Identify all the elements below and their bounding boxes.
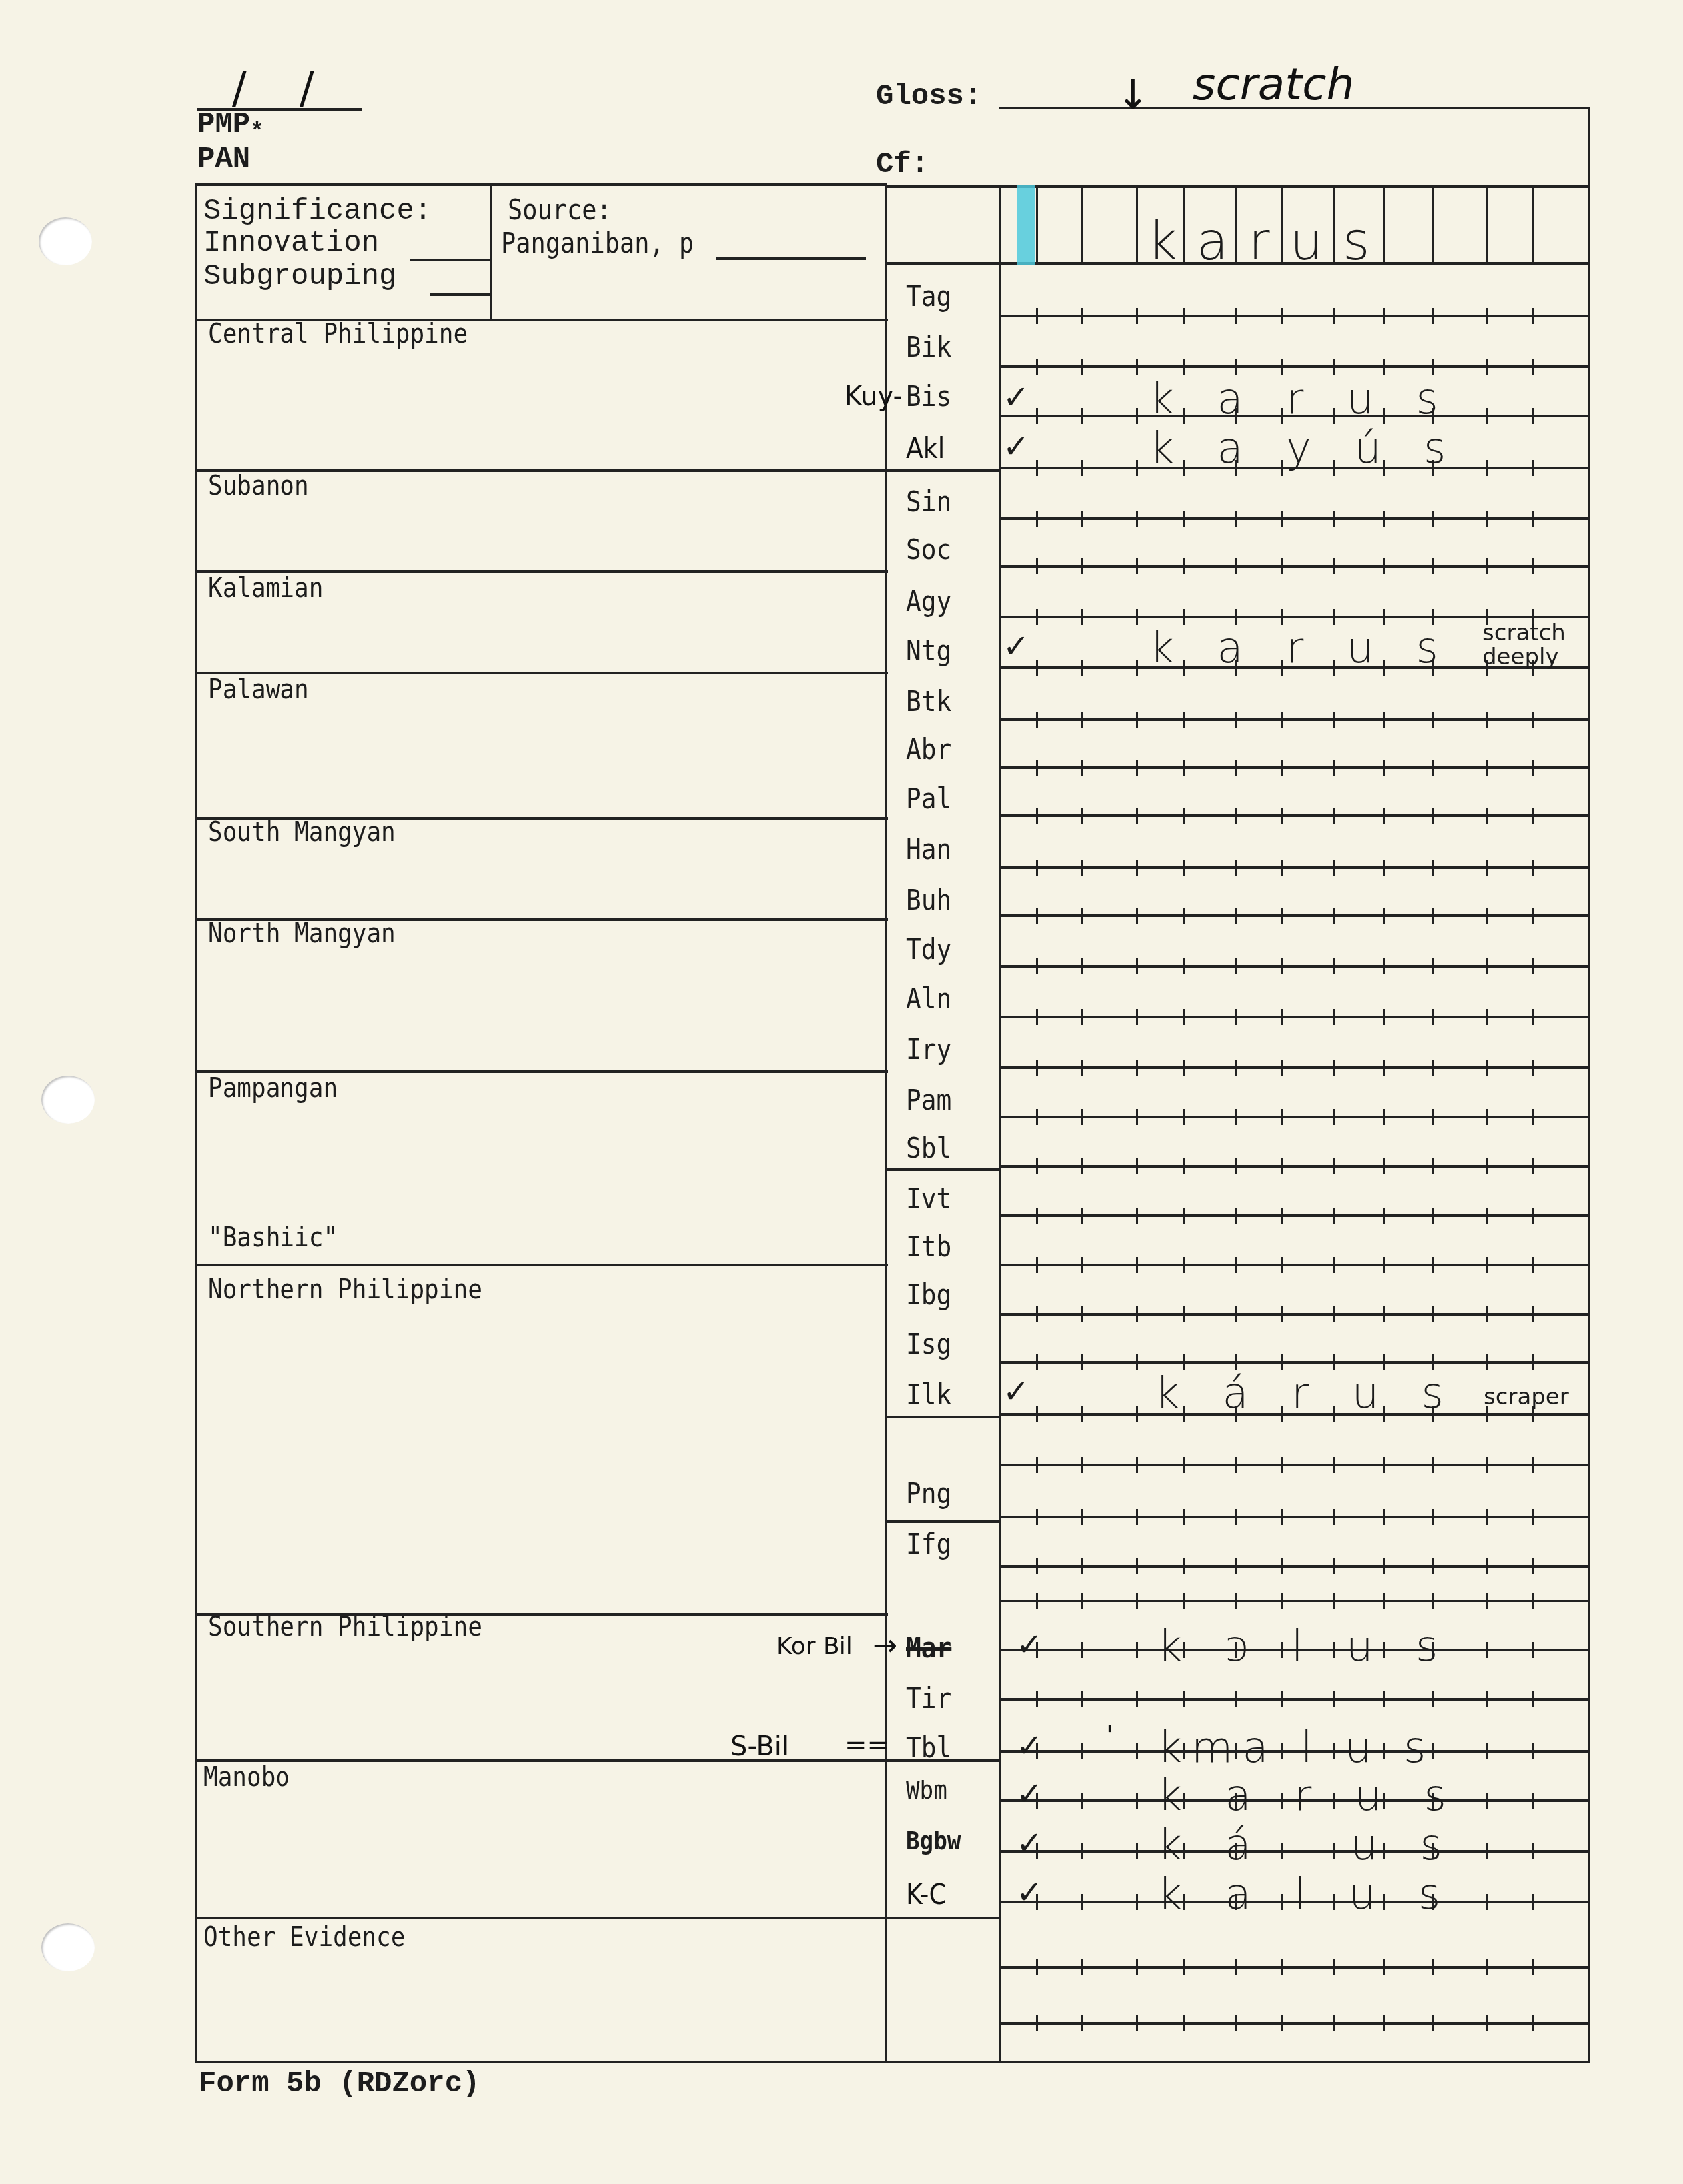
ruled-line [999, 1313, 1589, 1316]
group-subanon: Subanon [208, 471, 309, 501]
code-tbl: Tbl [906, 1731, 984, 1764]
ruled-line [999, 1116, 1589, 1118]
code-bgbw: Bgbw [906, 1826, 984, 1855]
ruled-line [999, 1464, 1589, 1466]
code-akl: Akl [906, 432, 984, 465]
code-ntg: Ntg [906, 634, 984, 667]
check-icon: ✓ [1003, 379, 1029, 416]
ruled-line [999, 616, 1589, 618]
source-label: Source: [508, 193, 612, 226]
entry-form: k a r u s [1157, 1771, 1461, 1821]
code-soc: Soc [906, 533, 984, 566]
ruled-line [999, 517, 1589, 520]
ruled-line [999, 1361, 1589, 1364]
divider-south-mangyan [195, 918, 888, 921]
asterisk: * [250, 119, 263, 145]
entry-note: scratch deeply [1482, 621, 1576, 669]
gloss-value[interactable]: scratch [1193, 59, 1354, 110]
code-sbl: Sbl [906, 1132, 984, 1164]
group-south-mangyan: South Mangyan [208, 817, 396, 848]
check-icon: ✓ [1003, 428, 1029, 465]
group-central-philippine: Central Philippine [208, 319, 468, 349]
gloss-label: Gloss: [876, 80, 981, 113]
entry-ntg[interactable]: ✓ k a r u s scratch deeply [1003, 628, 1582, 674]
group-northern-philippine: Northern Philippine [208, 1274, 482, 1305]
code-bik: Bik [906, 331, 984, 363]
reconstruction-highlight [1017, 185, 1035, 265]
code-btk: Btk [906, 685, 984, 718]
form-footer-label: Form 5b (RDZorc) [199, 2067, 480, 2101]
ruled-line [999, 1698, 1589, 1701]
entry-mar[interactable]: ✓ k ɔ l u s [1003, 1626, 1582, 1673]
entry-form: k á u s [1157, 1821, 1457, 1870]
ruled-line [999, 1066, 1589, 1069]
ruled-line [999, 315, 1589, 317]
check-icon: ✓ [1016, 1825, 1043, 1862]
code-han: Han [906, 833, 984, 866]
kor-bil-annotation: Kor Bil [776, 1633, 853, 1660]
check-icon: ✓ [1016, 1775, 1043, 1813]
code-buh: Buh [906, 884, 984, 916]
check-icon: ✓ [1016, 1727, 1043, 1765]
ruled-line [999, 866, 1589, 869]
kor-bil-arrow: → [873, 1629, 897, 1663]
code-ilk: Ilk [906, 1378, 984, 1411]
divider-palawan [195, 817, 888, 820]
code-tag: Tag [906, 280, 984, 313]
grid-top-border [885, 185, 1590, 188]
ruled-line [999, 1565, 1589, 1568]
check-icon: ✓ [1003, 1373, 1029, 1410]
divider-png [885, 1520, 1001, 1523]
entry-k-c[interactable]: ✓ k a l u s [1003, 1874, 1582, 1921]
source-page-blank[interactable] [716, 257, 866, 260]
ruled-line [999, 365, 1589, 368]
ruled-line [999, 1600, 1589, 1602]
divider-subanon [195, 570, 888, 573]
code-mar-struck: Mar [906, 1632, 984, 1664]
entry-bgbw[interactable]: ✓ k á u s [1003, 1825, 1582, 1871]
ruled-line [999, 1016, 1589, 1018]
group-palawan: Palawan [208, 674, 309, 705]
code-iry: Iry [906, 1033, 984, 1066]
subgrouping-blank[interactable] [430, 293, 490, 296]
ruled-line [999, 1214, 1589, 1217]
group-manobo: Manobo [203, 1762, 290, 1793]
gloss-arrow: ↓ [1116, 72, 1149, 119]
entry-ilk[interactable]: ✓ k á r u s scraper [1003, 1373, 1582, 1420]
table-top-border [195, 183, 885, 186]
cf-label: Cf: [876, 148, 929, 181]
ruled-line [999, 1165, 1589, 1168]
code-ifg: Ifg [906, 1528, 984, 1560]
entry-bis[interactable]: ✓ k a r u s [1003, 379, 1582, 425]
s-bil-annotation: S-Bil [730, 1731, 789, 1762]
divider-north-mangyan [195, 1070, 888, 1073]
ruled-line [999, 914, 1589, 917]
code-k-c: K-C [906, 1878, 984, 1911]
subgrouping-label: Subgrouping [203, 260, 396, 293]
divider-bashiic [195, 1264, 888, 1266]
table-bottom-border [195, 2061, 1590, 2063]
ruled-line [999, 718, 1589, 721]
divider-central [195, 469, 1001, 472]
group-southern-philippine: Southern Philippine [208, 1612, 482, 1642]
pmp-text: PMP [197, 108, 250, 141]
ruled-line [999, 1264, 1589, 1266]
code-agy: Agy [906, 585, 984, 618]
entry-form: k a y ú s [1149, 424, 1460, 473]
entry-form: k a r u s [1149, 375, 1453, 424]
significance-title: Significance: [203, 195, 432, 228]
entry-tbl[interactable]: ✓ ' kma l u s [1003, 1727, 1582, 1774]
divider-kalamian [195, 672, 888, 674]
ruled-line [999, 2022, 1589, 2025]
divider-northern [195, 1613, 888, 1616]
divider-ilk [885, 1416, 1001, 1418]
source-value: Panganiban, p [501, 227, 694, 259]
pmp-label: PMP* [197, 108, 264, 145]
left-border [195, 183, 197, 2063]
entry-form: k á r u s [1155, 1369, 1458, 1418]
punch-hole-middle [41, 1076, 95, 1124]
divider-sbl [885, 1168, 1001, 1171]
punch-hole-top [39, 217, 92, 265]
slash-marks: / / [232, 64, 334, 113]
reconstruction-form[interactable]: karus [1147, 212, 1390, 272]
kuy-prefix: Kuy- [845, 381, 903, 412]
code-png: Png [906, 1477, 984, 1510]
stress-mark: ' [1106, 1721, 1113, 1751]
ruled-line [999, 814, 1589, 817]
code-wbm: Wbm [906, 1775, 984, 1805]
pan-label: PAN [197, 143, 250, 176]
code-isg: Isg [906, 1328, 984, 1360]
entry-form: k a r u s [1149, 624, 1453, 673]
group-pampangan: Pampangan [208, 1073, 338, 1104]
ruled-line [999, 1966, 1589, 1969]
entry-form: k a l u s [1157, 1870, 1455, 1919]
code-aln: Aln [906, 982, 984, 1015]
punch-hole-bottom [41, 1923, 95, 1971]
check-icon: ✓ [1016, 1874, 1043, 1911]
code-ibg: Ibg [906, 1278, 984, 1311]
group-bashiic: "Bashiic" [208, 1222, 338, 1253]
group-kalamian: Kalamian [208, 573, 323, 604]
code-abr: Abr [906, 733, 984, 766]
significance-divider [490, 183, 492, 320]
right-border [1588, 107, 1590, 2063]
code-pal: Pal [906, 782, 984, 815]
code-column-left [885, 185, 887, 2063]
code-pam: Pam [906, 1084, 984, 1116]
code-tdy: Tdy [906, 933, 984, 966]
ruled-line [999, 565, 1589, 568]
entry-wbm[interactable]: ✓ k a r u s [1003, 1775, 1582, 1822]
divider-manobo [195, 1917, 1001, 1919]
s-bil-equals: == [845, 1730, 889, 1761]
code-itb: Itb [906, 1230, 984, 1263]
check-icon: ✓ [1016, 1626, 1043, 1663]
group-other-evidence: Other Evidence [203, 1922, 405, 1953]
entry-form: k ɔ l u s [1157, 1622, 1452, 1671]
entry-akl[interactable]: ✓ k a y ú s [1003, 428, 1582, 475]
ruled-line [999, 766, 1589, 769]
group-north-mangyan: North Mangyan [208, 918, 396, 949]
code-sin: Sin [906, 485, 984, 518]
code-tir: Tir [906, 1682, 984, 1715]
entry-note: scraper [1484, 1385, 1569, 1409]
ruled-line [999, 1516, 1589, 1518]
entry-form: kma l u s [1157, 1723, 1435, 1773]
code-ivt: Ivt [906, 1182, 984, 1215]
innovation-blank[interactable] [410, 259, 490, 261]
check-icon: ✓ [1003, 628, 1029, 665]
code-bis: Bis [906, 380, 984, 413]
ruled-line [999, 965, 1589, 968]
innovation-label: Innovation [203, 227, 379, 260]
